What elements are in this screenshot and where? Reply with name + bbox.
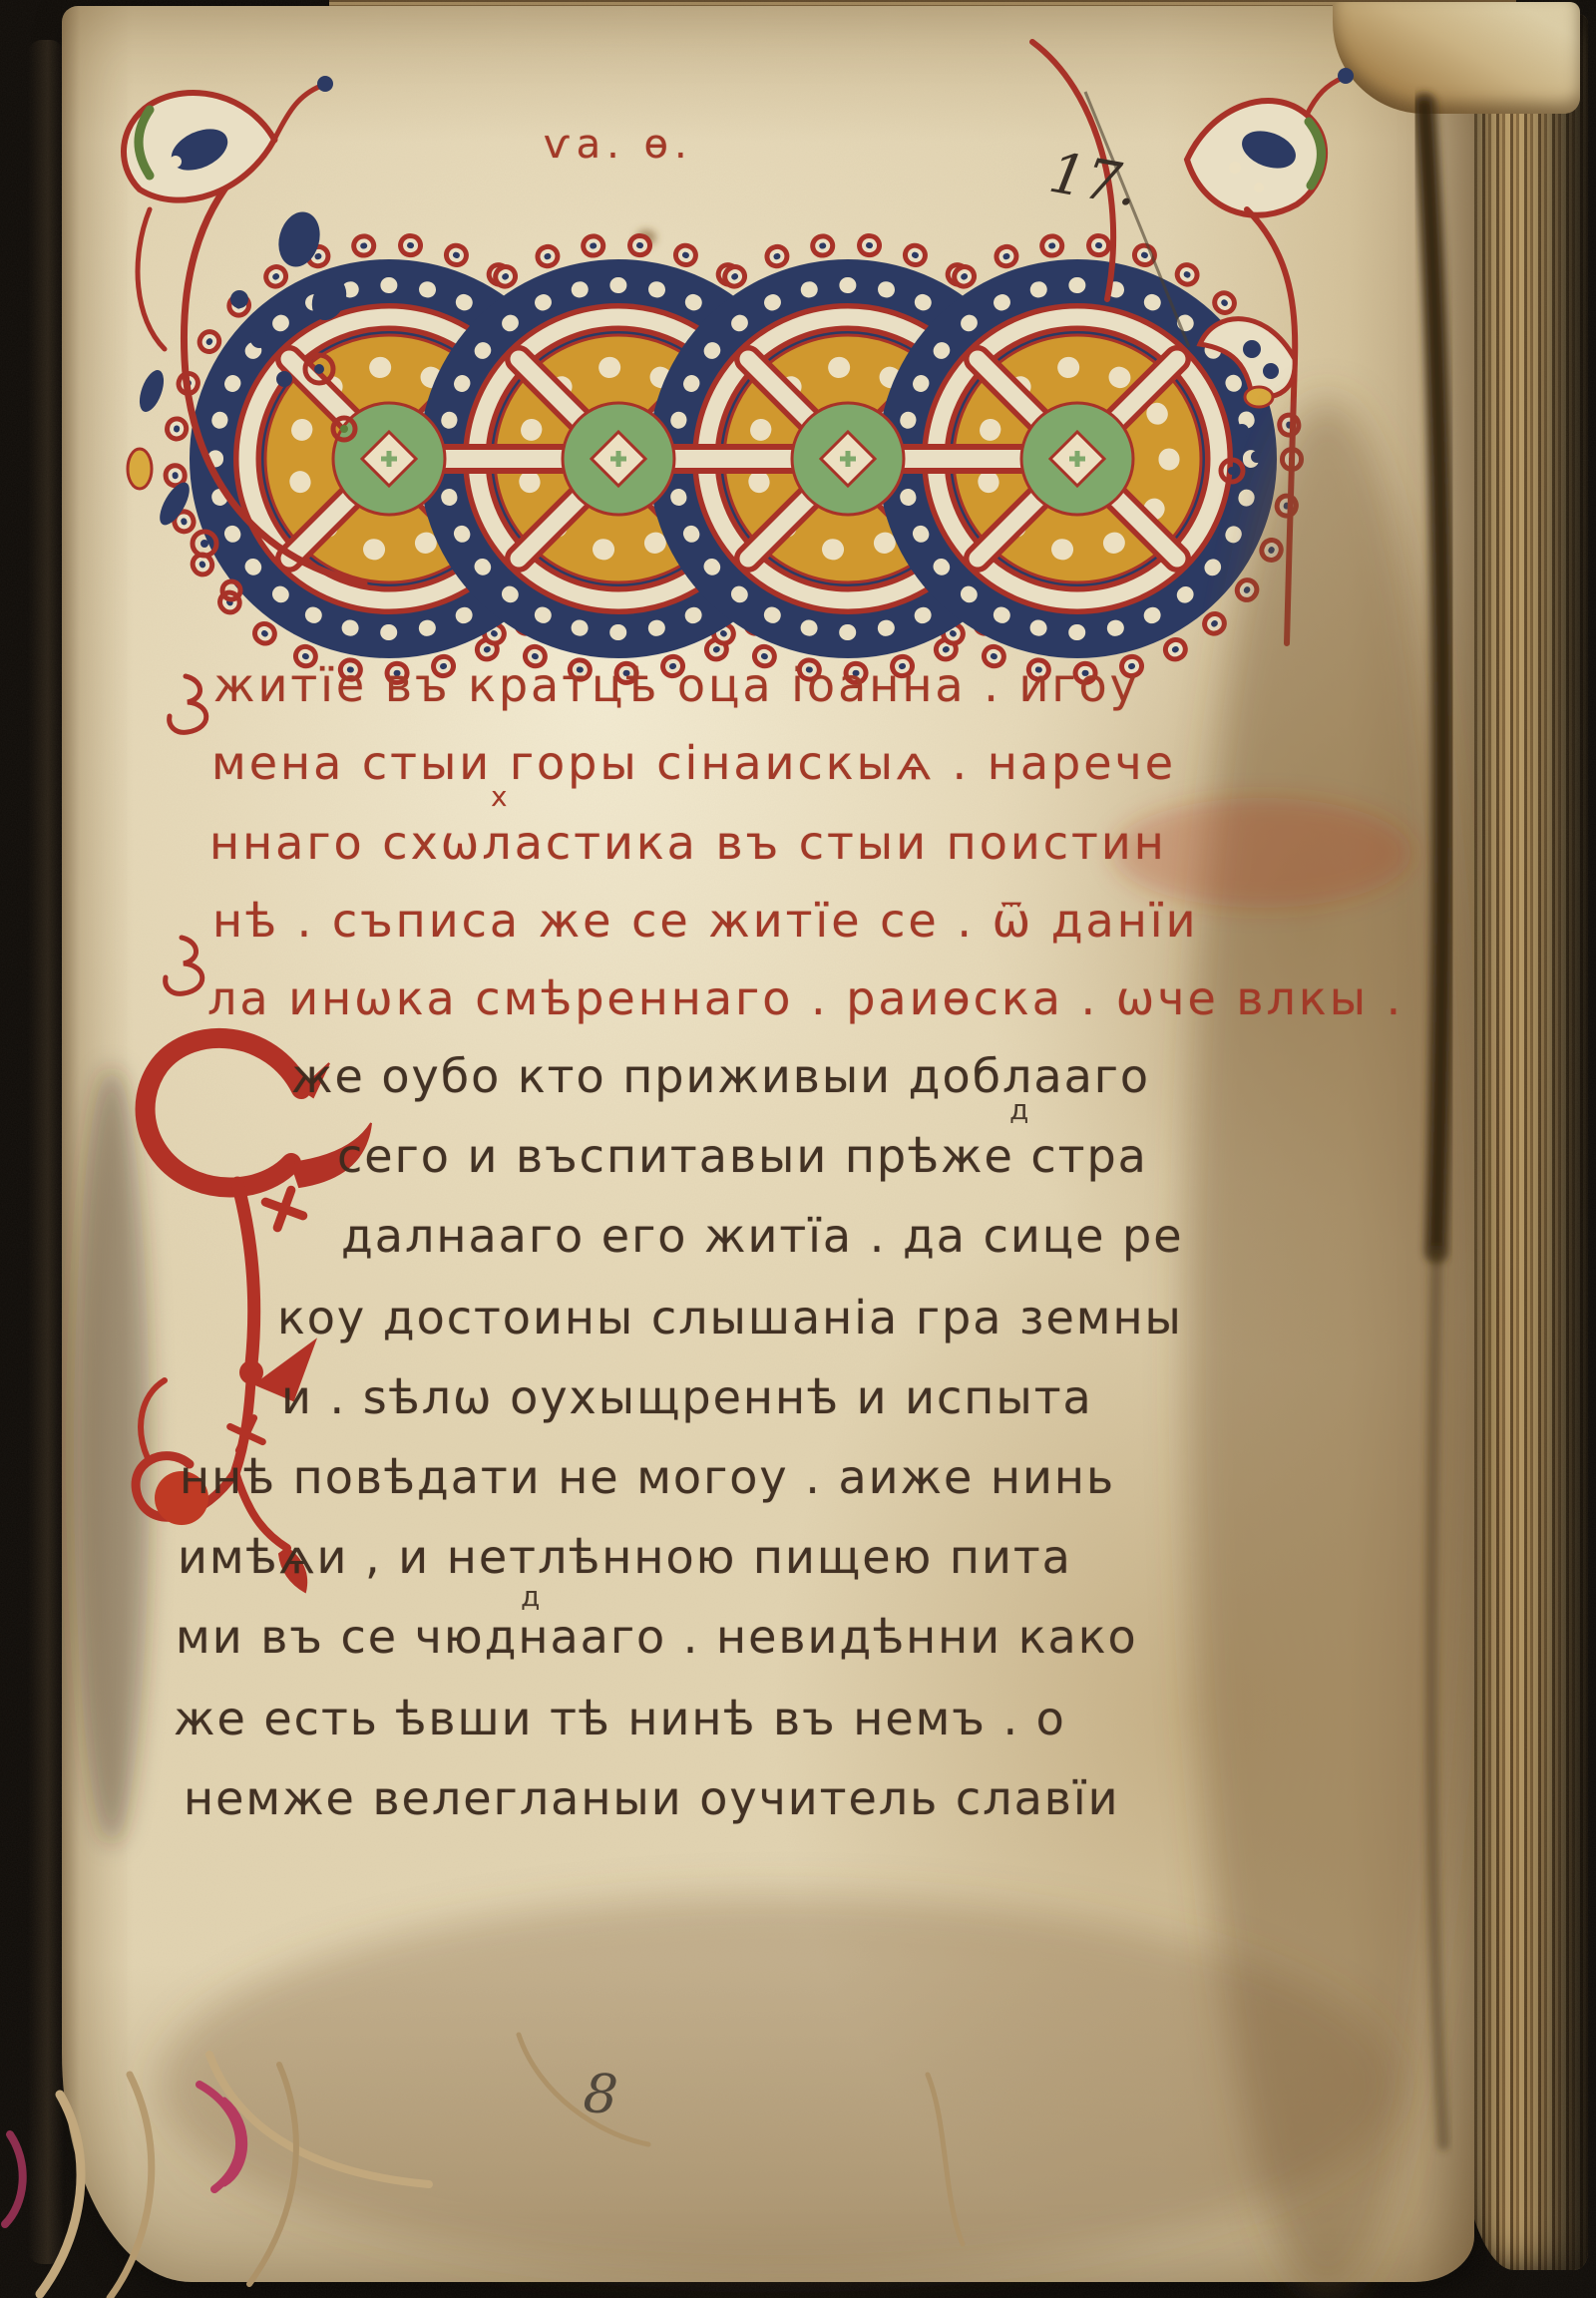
- superscript-letter: х: [491, 780, 508, 813]
- manuscript-photo: { "manuscript": { "heading": "ѵа. ѳ.", "…: [0, 0, 1596, 2298]
- rubric-line: ла инѡка смѣреннаго . раиѳска . ѡче влкы…: [207, 969, 1403, 1027]
- text-line: сего и въспитавыи прѣже стра: [337, 1127, 1148, 1185]
- superscript-letter: д: [1009, 1093, 1028, 1126]
- rubric-line: ннаго схѡластика въ стыи поистин: [209, 814, 1167, 872]
- text-line: коу достоины слышаніа гра земны: [277, 1289, 1183, 1346]
- text-line: далнааго его житїа . да сице ре: [341, 1207, 1184, 1265]
- book-spine-edge: [28, 40, 64, 2264]
- rubric-line: мена стыи горы сінаискыѧ . нарече: [211, 734, 1176, 792]
- superscript-letter: д: [521, 1580, 540, 1613]
- text-line: немже велегланыи оучитель славїи: [184, 1769, 1120, 1827]
- chapter-heading: ѵа. ѳ.: [544, 122, 693, 168]
- book-fore-edge-page-stack: [1454, 14, 1588, 2270]
- text-line: же есть ѣвши тѣ нинѣ въ немъ . о: [174, 1690, 1066, 1747]
- text-line: и . ѕѣлѡ оухыщреннѣ и испыта: [281, 1368, 1093, 1426]
- folio-number-pencil: 8: [582, 2062, 620, 2126]
- text-line: ми въ се чюднааго . невидѣнни како: [176, 1608, 1138, 1666]
- rubric-line: нѣ . съписа же се житїе се . ѿ данїи: [212, 892, 1198, 950]
- text-line: ннѣ повѣдати не могоу . аиже нинь: [180, 1448, 1115, 1506]
- rubric-line: житїе въ кратцѣ оца іоанна . игоу: [213, 656, 1140, 714]
- text-line: имѣѧи , и нетлѣнною пищею пита: [178, 1528, 1072, 1586]
